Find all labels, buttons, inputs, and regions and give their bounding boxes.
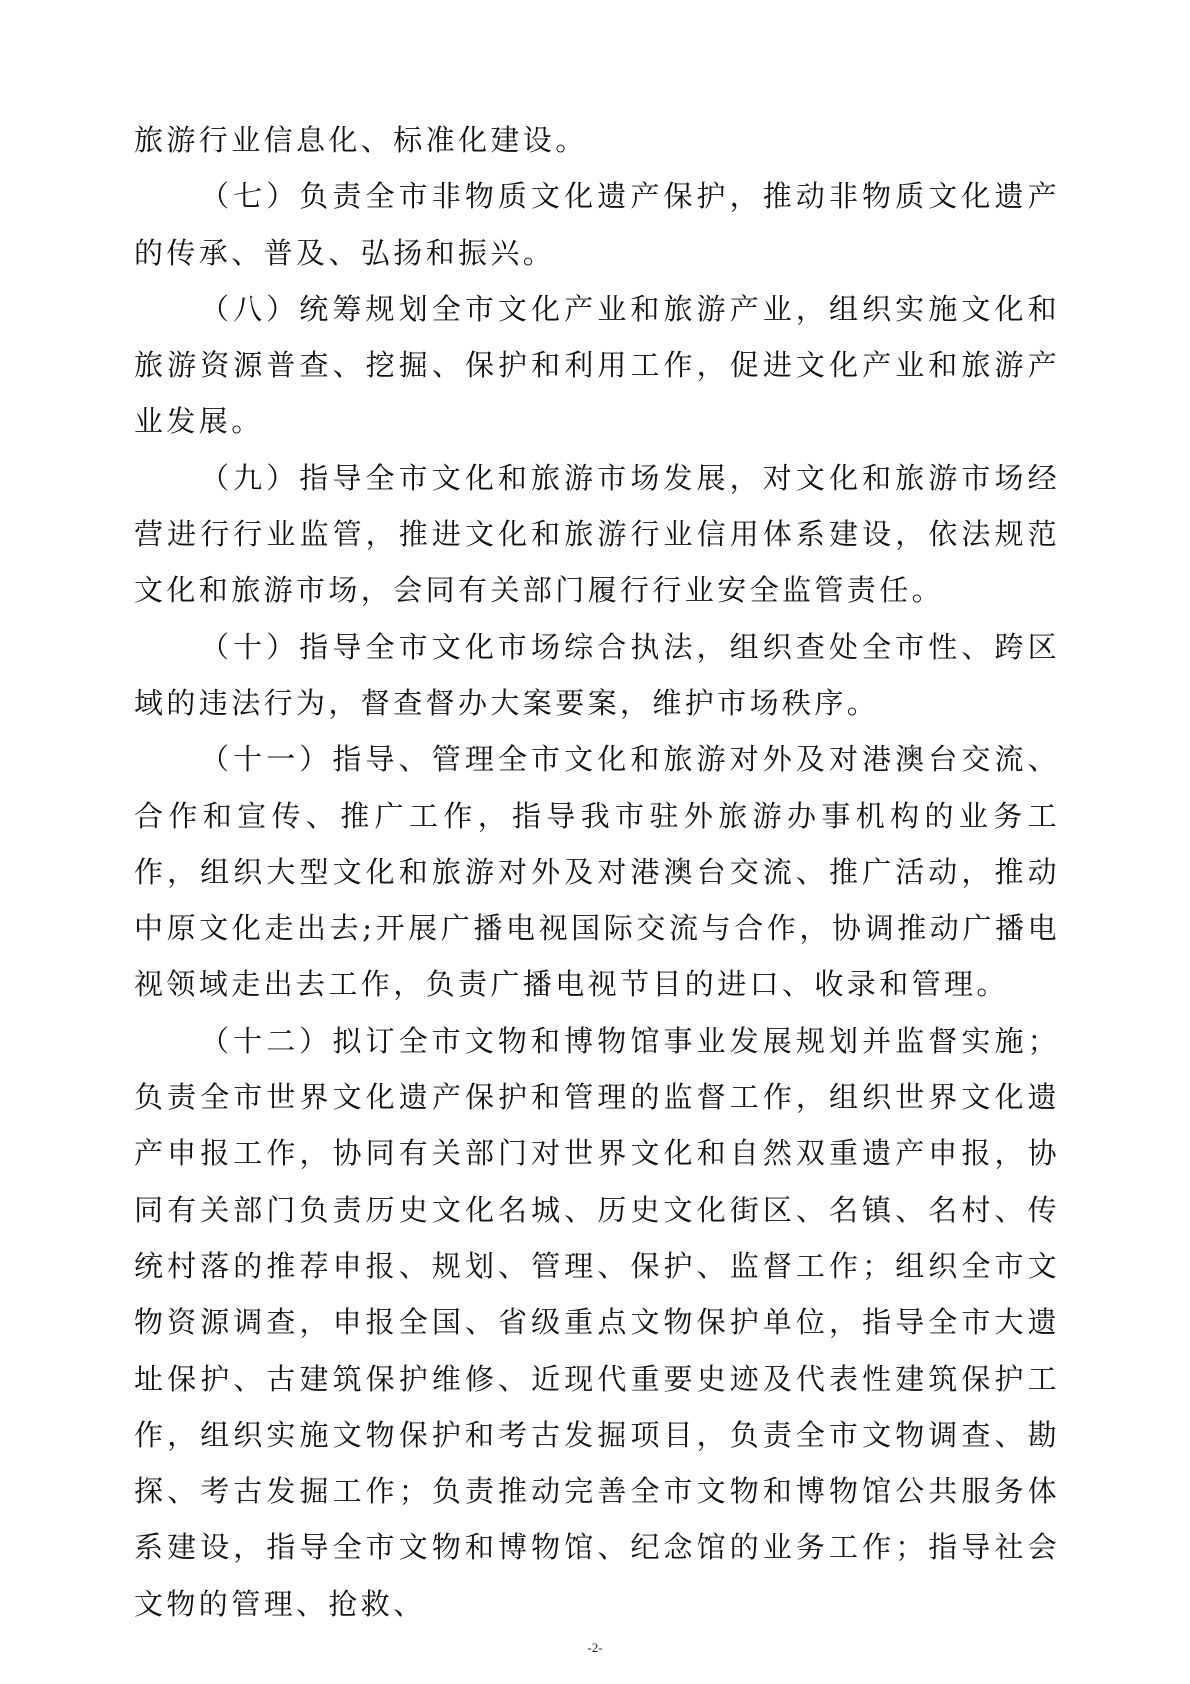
page-number: -2- <box>0 1640 1190 1656</box>
document-body: 旅游行业信息化、标准化建设。 （七）负责全市非物质文化遗产保护，推动非物质文化遗… <box>134 112 1060 1632</box>
paragraph-item-9: （九）指导全市文化和旅游市场发展，对文化和旅游市场经营进行行业监管，推进文化和旅… <box>134 450 1060 619</box>
paragraph-item-7: （七）负责全市非物质文化遗产保护，推动非物质文化遗产的传承、普及、弘扬和振兴。 <box>134 168 1060 281</box>
paragraph-item-11: （十一）指导、管理全市文化和旅游对外及对港澳台交流、合作和宣传、推广工作，指导我… <box>134 731 1060 1012</box>
paragraph-continuation: 旅游行业信息化、标准化建设。 <box>134 112 1060 168</box>
document-page: 旅游行业信息化、标准化建设。 （七）负责全市非物质文化遗产保护，推动非物质文化遗… <box>0 0 1190 1684</box>
paragraph-item-10: （十）指导全市文化市场综合执法，组织查处全市性、跨区域的违法行为，督查督办大案要… <box>134 619 1060 732</box>
paragraph-item-12: （十二）拟订全市文物和博物馆事业发展规划并监督实施；负责全市世界文化遗产保护和管… <box>134 1013 1060 1632</box>
paragraph-item-8: （八）统筹规划全市文化产业和旅游产业，组织实施文化和旅游资源普查、挖掘、保护和利… <box>134 281 1060 450</box>
